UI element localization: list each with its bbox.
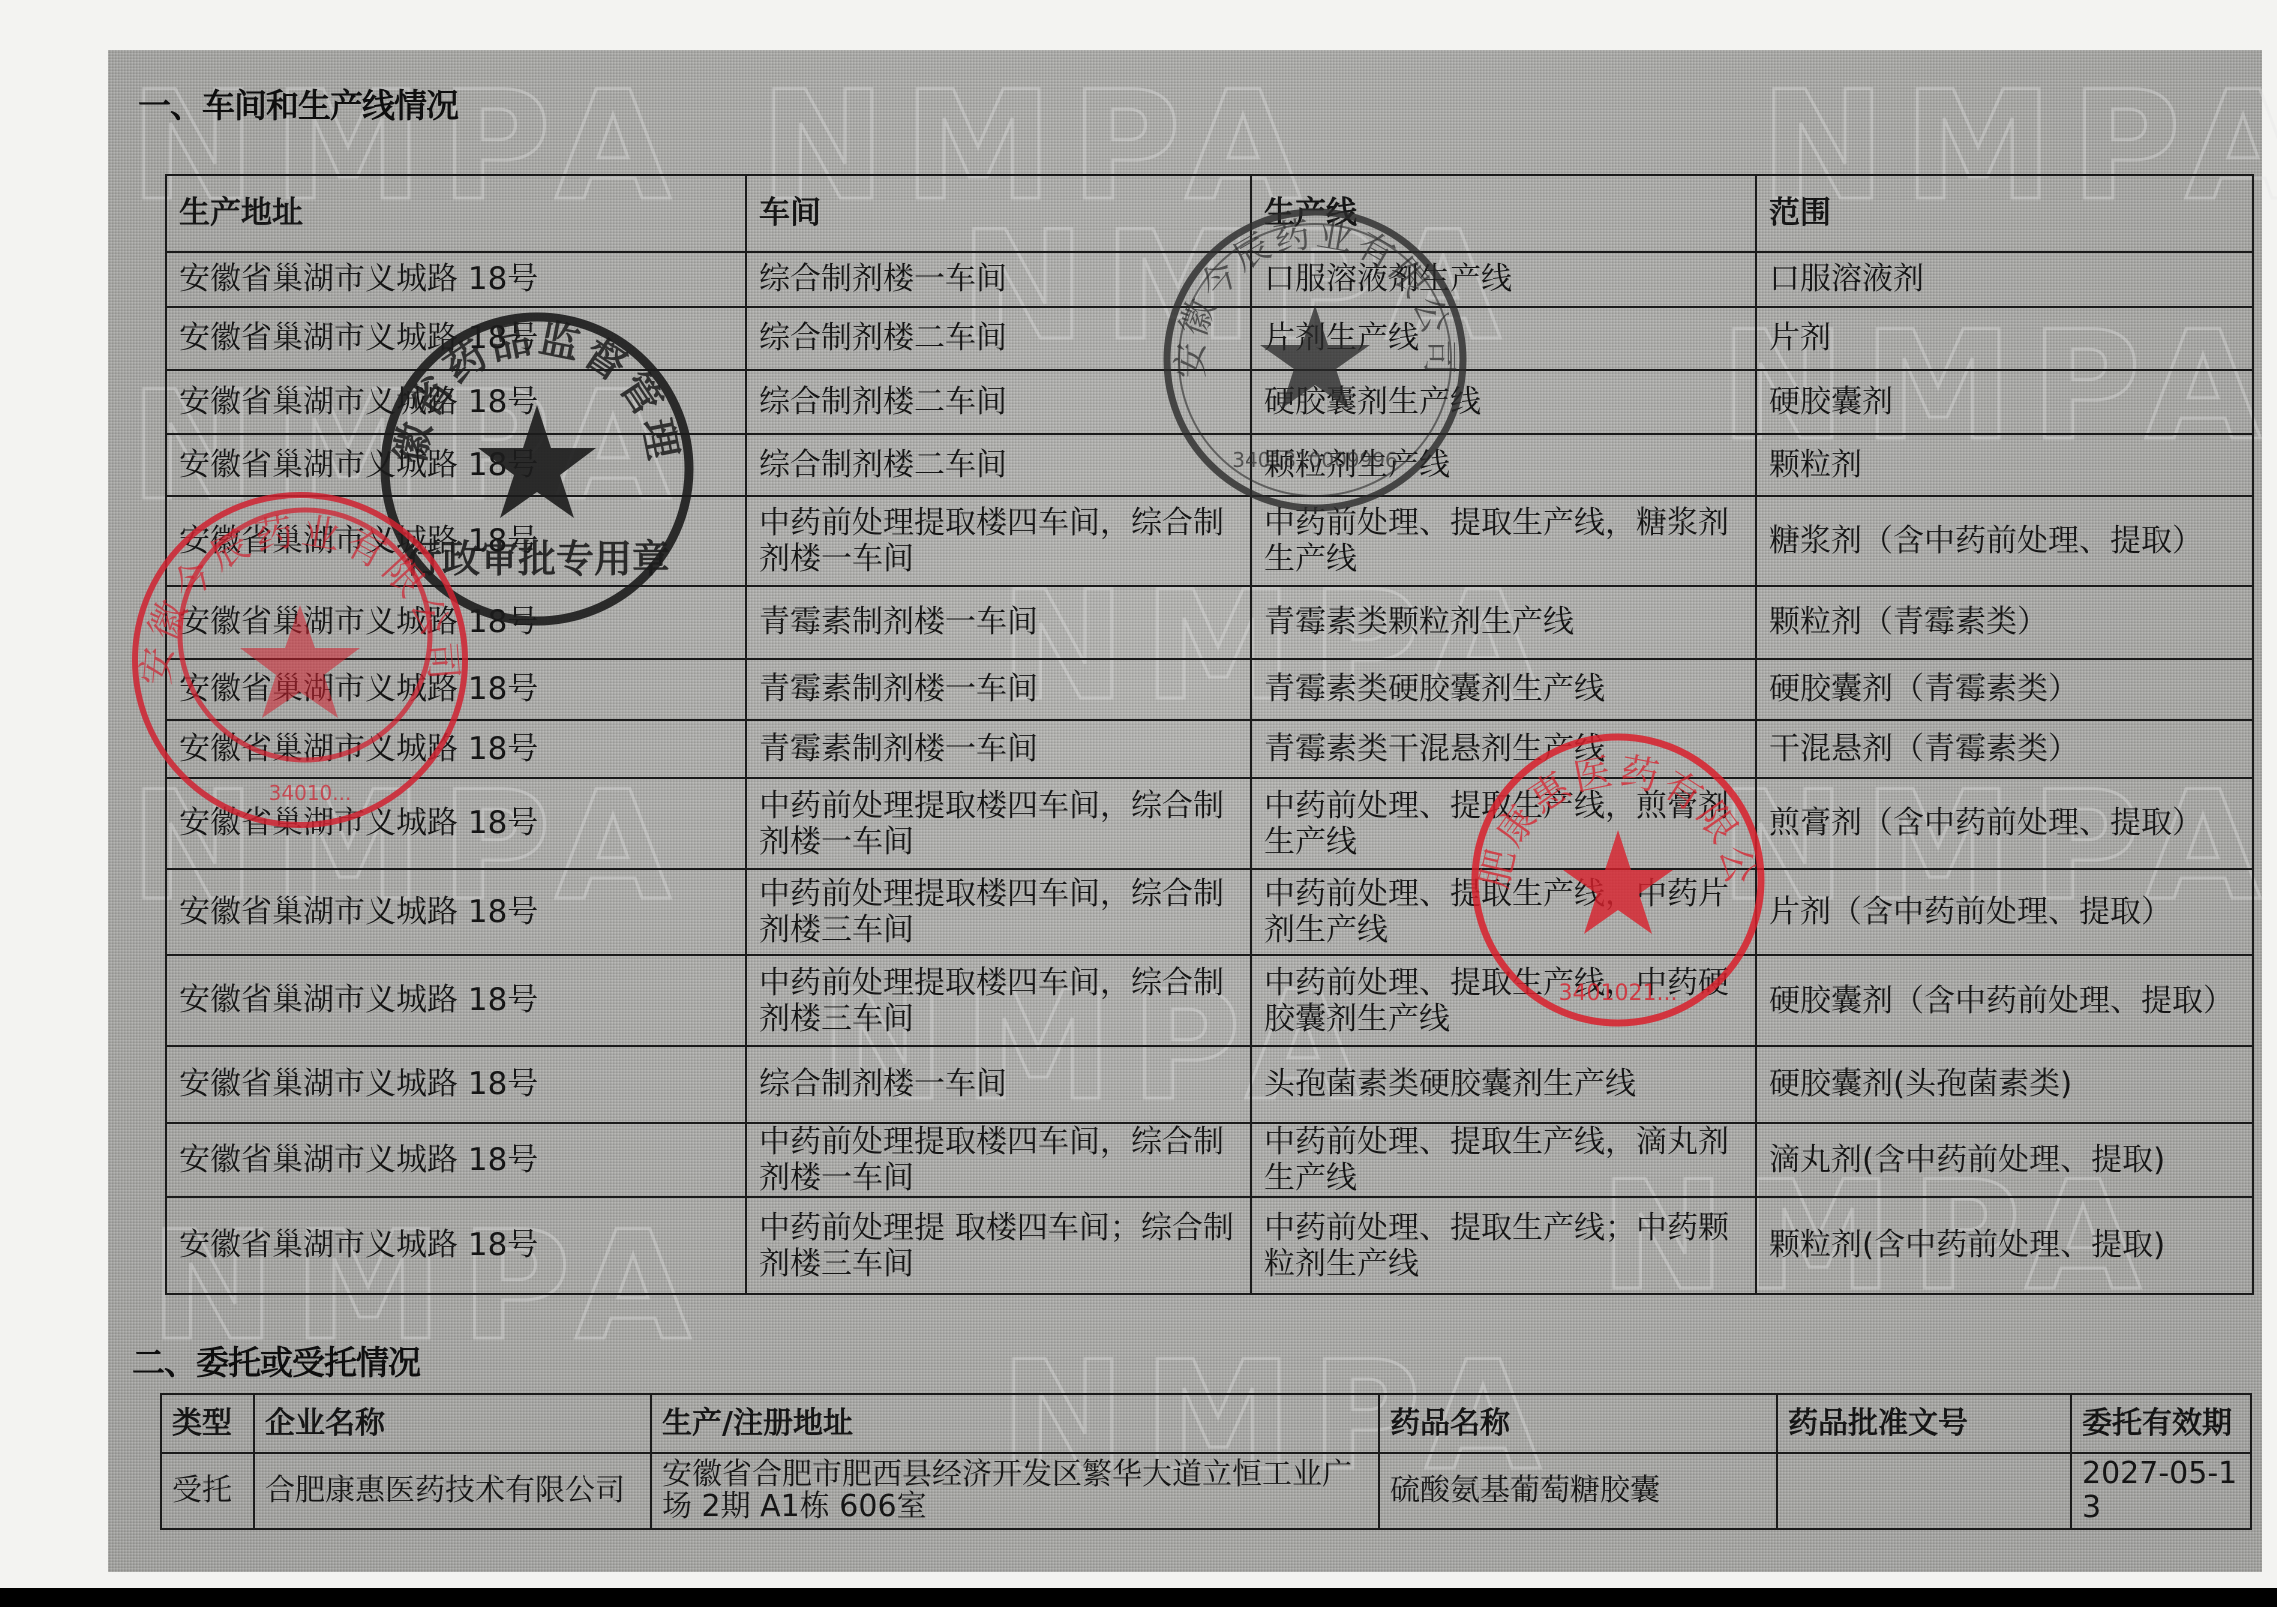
workshop-name: 中药前处理提取楼四车间，综合制剂楼三车间 [746, 869, 1251, 955]
table-row: 安徽省巢湖市义城路 18号综合制剂楼一车间头孢菌素类硬胶囊剂生产线硬胶囊剂(头孢… [166, 1046, 2253, 1123]
production-line: 中药前处理、提取生产线，糖浆剂生产线 [1251, 496, 1756, 586]
workshop-name: 青霉素制剂楼一车间 [746, 586, 1251, 659]
column-header: 生产/注册地址 [651, 1394, 1379, 1453]
production-scope: 硬胶囊剂(头孢菌素类) [1756, 1046, 2253, 1123]
production-line: 中药前处理、提取生产线，滴丸剂生产线 [1251, 1123, 1756, 1197]
production-scope: 硬胶囊剂 [1756, 370, 2253, 434]
column-header: 车间 [746, 175, 1251, 252]
scanner-edge [0, 1588, 2277, 1607]
production-address: 安徽省巢湖市义城路 18号 [166, 370, 746, 434]
section-title-workshops: 一、车间和生产线情况 [138, 80, 458, 127]
table-row: 安徽省巢湖市义城路 18号中药前处理提取楼四车间，综合制剂楼一车间中药前处理、提… [166, 496, 2253, 586]
production-scope: 煎膏剂（含中药前处理、提取） [1756, 778, 2253, 869]
table-row: 受托 合肥康惠医药技术有限公司 安徽省合肥市肥西县经济开发区繁华大道立恒工业广场… [161, 1453, 2251, 1529]
workshop-name: 中药前处理提取楼四车间，综合制剂楼三车间 [746, 955, 1251, 1046]
workshop-name: 中药前处理提取楼四车间，综合制剂楼一车间 [746, 778, 1251, 869]
table-row: 安徽省巢湖市义城路 18号综合制剂楼二车间片剂生产线片剂 [166, 307, 2253, 370]
column-header: 类型 [161, 1394, 254, 1453]
production-address: 安徽省巢湖市义城路 18号 [166, 720, 746, 778]
production-scope: 干混悬剂（青霉素类） [1756, 720, 2253, 778]
table-row: 安徽省巢湖市义城路 18号综合制剂楼二车间硬胶囊剂生产线硬胶囊剂 [166, 370, 2253, 434]
table-row: 安徽省巢湖市义城路 18号中药前处理提取楼四车间，综合制剂楼一车间中药前处理、提… [166, 1123, 2253, 1197]
column-header: 范围 [1756, 175, 2253, 252]
workshop-name: 综合制剂楼二车间 [746, 370, 1251, 434]
production-address: 安徽省巢湖市义城路 18号 [166, 869, 746, 955]
production-scope: 硬胶囊剂（含中药前处理、提取） [1756, 955, 2253, 1046]
production-address: 安徽省巢湖市义城路 18号 [166, 307, 746, 370]
contract-type: 受托 [161, 1453, 254, 1529]
production-address: 安徽省巢湖市义城路 18号 [166, 1197, 746, 1294]
production-line: 头孢菌素类硬胶囊剂生产线 [1251, 1046, 1756, 1123]
production-scope: 硬胶囊剂（青霉素类） [1756, 659, 2253, 720]
table-row: 安徽省巢湖市义城路 18号综合制剂楼二车间颗粒剂生产线颗粒剂 [166, 434, 2253, 496]
table-header-row: 生产地址 车间 生产线 范围 [166, 175, 2253, 252]
contract-table: 类型 企业名称 生产/注册地址 药品名称 药品批准文号 委托有效期 受托 合肥康… [160, 1393, 2252, 1530]
table-row: 安徽省巢湖市义城路 18号中药前处理提取楼四车间，综合制剂楼三车间中药前处理、提… [166, 955, 2253, 1046]
workshop-name: 综合制剂楼一车间 [746, 1046, 1251, 1123]
production-scope: 片剂（含中药前处理、提取） [1756, 869, 2253, 955]
production-address: 安徽省巢湖市义城路 18号 [166, 252, 746, 307]
workshop-name: 综合制剂楼二车间 [746, 307, 1251, 370]
production-line: 硬胶囊剂生产线 [1251, 370, 1756, 434]
table-row: 安徽省巢湖市义城路 18号青霉素制剂楼一车间青霉素类颗粒剂生产线颗粒剂（青霉素类… [166, 586, 2253, 659]
production-scope: 糖浆剂（含中药前处理、提取） [1756, 496, 2253, 586]
company-name: 合肥康惠医药技术有限公司 [254, 1453, 651, 1529]
column-header: 生产线 [1251, 175, 1756, 252]
workshop-table: 生产地址 车间 生产线 范围 安徽省巢湖市义城路 18号综合制剂楼一车间口服溶液… [165, 174, 2254, 1295]
column-header: 企业名称 [254, 1394, 651, 1453]
production-address: 安徽省巢湖市义城路 18号 [166, 778, 746, 869]
production-line: 中药前处理、提取生产线，煎膏剂生产线 [1251, 778, 1756, 869]
production-scope: 颗粒剂 [1756, 434, 2253, 496]
production-scope: 颗粒剂（青霉素类） [1756, 586, 2253, 659]
workshop-name: 综合制剂楼二车间 [746, 434, 1251, 496]
column-header: 生产地址 [166, 175, 746, 252]
production-line: 颗粒剂生产线 [1251, 434, 1756, 496]
column-header: 药品名称 [1379, 1394, 1777, 1453]
approval-number [1777, 1453, 2071, 1529]
production-address: 安徽省巢湖市义城路 18号 [166, 1046, 746, 1123]
production-line: 青霉素类干混悬剂生产线 [1251, 720, 1756, 778]
column-header: 药品批准文号 [1777, 1394, 2071, 1453]
workshop-name: 青霉素制剂楼一车间 [746, 659, 1251, 720]
production-address: 安徽省巢湖市义城路 18号 [166, 1123, 746, 1197]
production-scope: 口服溶液剂 [1756, 252, 2253, 307]
workshop-name: 青霉素制剂楼一车间 [746, 720, 1251, 778]
workshop-name: 中药前处理提取楼四车间，综合制剂楼一车间 [746, 1123, 1251, 1197]
production-scope: 片剂 [1756, 307, 2253, 370]
production-address: 安徽省巢湖市义城路 18号 [166, 586, 746, 659]
company-address: 安徽省合肥市肥西县经济开发区繁华大道立恒工业广场 2期 A1栋 606室 [651, 1453, 1379, 1529]
production-address: 安徽省巢湖市义城路 18号 [166, 434, 746, 496]
production-line: 青霉素类颗粒剂生产线 [1251, 586, 1756, 659]
section-title-contract: 二、委托或受托情况 [132, 1337, 420, 1384]
production-line: 中药前处理、提取生产线，中药硬胶囊剂生产线 [1251, 955, 1756, 1046]
table-row: 安徽省巢湖市义城路 18号中药前处理提取楼四车间，综合制剂楼三车间中药前处理、提… [166, 869, 2253, 955]
table-header-row: 类型 企业名称 生产/注册地址 药品名称 药品批准文号 委托有效期 [161, 1394, 2251, 1453]
production-scope: 滴丸剂(含中药前处理、提取) [1756, 1123, 2253, 1197]
table-row: 安徽省巢湖市义城路 18号综合制剂楼一车间口服溶液剂生产线口服溶液剂 [166, 252, 2253, 307]
valid-until: 2027-05-13 [2071, 1453, 2251, 1529]
table-row: 安徽省巢湖市义城路 18号青霉素制剂楼一车间青霉素类硬胶囊剂生产线硬胶囊剂（青霉… [166, 659, 2253, 720]
production-line: 口服溶液剂生产线 [1251, 252, 1756, 307]
production-line: 青霉素类硬胶囊剂生产线 [1251, 659, 1756, 720]
production-address: 安徽省巢湖市义城路 18号 [166, 496, 746, 586]
table-row: 安徽省巢湖市义城路 18号青霉素制剂楼一车间青霉素类干混悬剂生产线干混悬剂（青霉… [166, 720, 2253, 778]
production-line: 片剂生产线 [1251, 307, 1756, 370]
production-line: 中药前处理、提取生产线，中药片剂生产线 [1251, 869, 1756, 955]
workshop-name: 中药前处理提 取楼四车间；综合制剂楼三车间 [746, 1197, 1251, 1294]
production-scope: 颗粒剂(含中药前处理、提取) [1756, 1197, 2253, 1294]
column-header: 委托有效期 [2071, 1394, 2251, 1453]
table-row: 安徽省巢湖市义城路 18号中药前处理提取楼四车间，综合制剂楼一车间中药前处理、提… [166, 778, 2253, 869]
production-line: 中药前处理、提取生产线；中药颗粒剂生产线 [1251, 1197, 1756, 1294]
table-row: 安徽省巢湖市义城路 18号中药前处理提 取楼四车间；综合制剂楼三车间中药前处理、… [166, 1197, 2253, 1294]
production-address: 安徽省巢湖市义城路 18号 [166, 659, 746, 720]
workshop-name: 综合制剂楼一车间 [746, 252, 1251, 307]
drug-name: 硫酸氨基葡萄糖胶囊 [1379, 1453, 1777, 1529]
workshop-name: 中药前处理提取楼四车间，综合制剂楼一车间 [746, 496, 1251, 586]
production-address: 安徽省巢湖市义城路 18号 [166, 955, 746, 1046]
